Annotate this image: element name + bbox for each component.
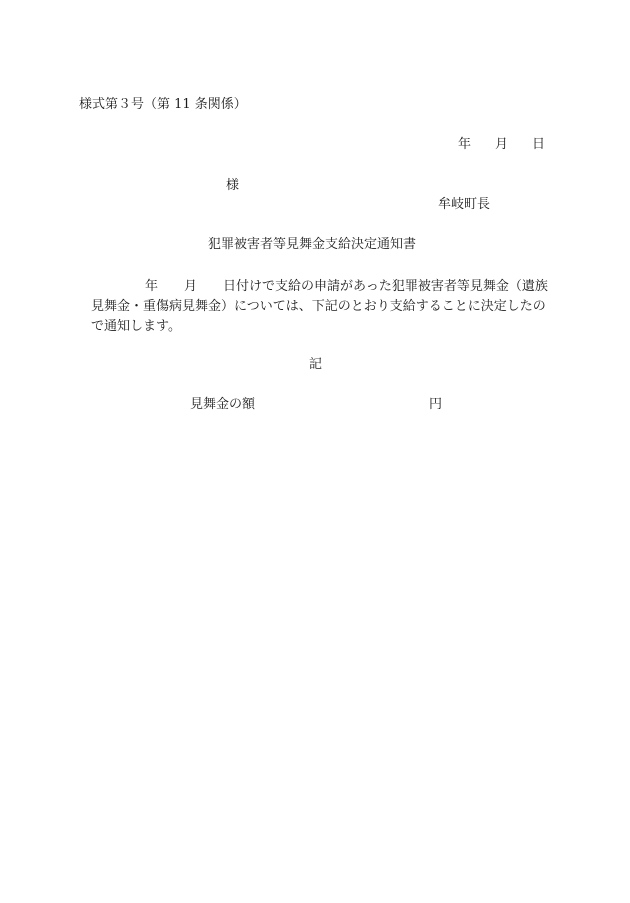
addressee-suffix: 様 [226,179,239,192]
body-line-1-rest: 日付けで支給の申請があった犯罪被害者等見舞金（遺族 [223,279,548,294]
body-text: 年月日付けで支給の申請があった犯罪被害者等見舞金（遺族 見舞金・重傷病見舞金）に… [79,277,559,337]
date-month: 月 [495,138,508,151]
body-year: 年 [145,279,158,294]
date-year: 年 [458,138,471,151]
amount-unit: 円 [429,398,442,411]
body-line-2: 見舞金・重傷病見舞金）については、下記のとおり支給することに決定したの [79,297,559,317]
date-line: 年月日 [458,138,545,151]
form-number: 様式第３号（第 11 条関係） [79,98,247,111]
body-line-3: で通知します。 [79,317,559,337]
ki-heading: 記 [309,358,322,371]
document-title: 犯罪被害者等見舞金支給決定通知書 [208,238,416,251]
body-month: 月 [184,279,197,294]
body-line-1: 年月日付けで支給の申請があった犯罪被害者等見舞金（遺族 [79,277,559,297]
date-day: 日 [532,138,545,151]
issuer: 牟岐町長 [438,198,490,211]
amount-label: 見舞金の額 [190,398,255,411]
